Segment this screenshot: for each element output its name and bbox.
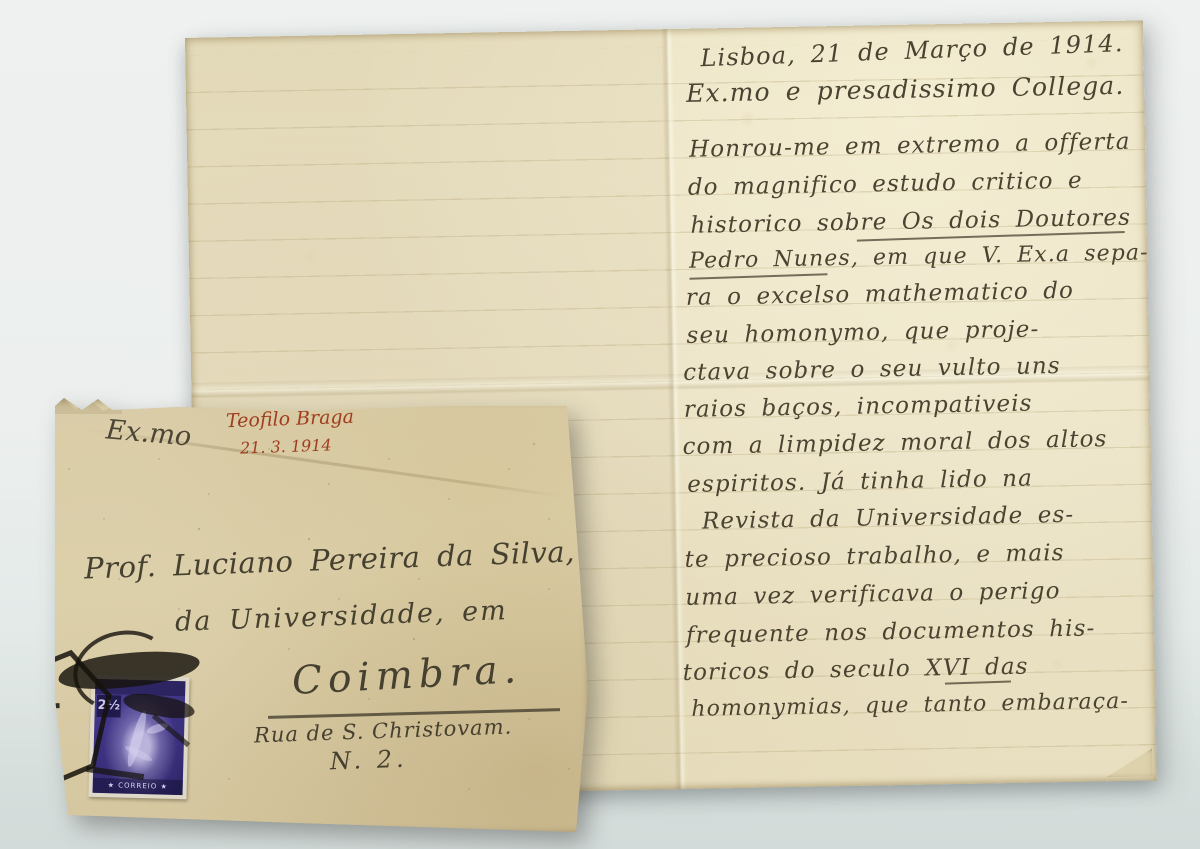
envelope: Ex.mo Teofilo Braga 21. 3. 1914 Prof. Lu… [28, 398, 593, 838]
envelope-edge-shading [28, 398, 593, 838]
envelope-wrap: Ex.mo Teofilo Braga 21. 3. 1914 Prof. Lu… [28, 398, 593, 838]
photograph-scene: Lisboa, 21 de Março de 1914. Ex.mo e pre… [0, 0, 1200, 849]
paper-speckles [28, 398, 30, 400]
green-speck [31, 698, 38, 705]
